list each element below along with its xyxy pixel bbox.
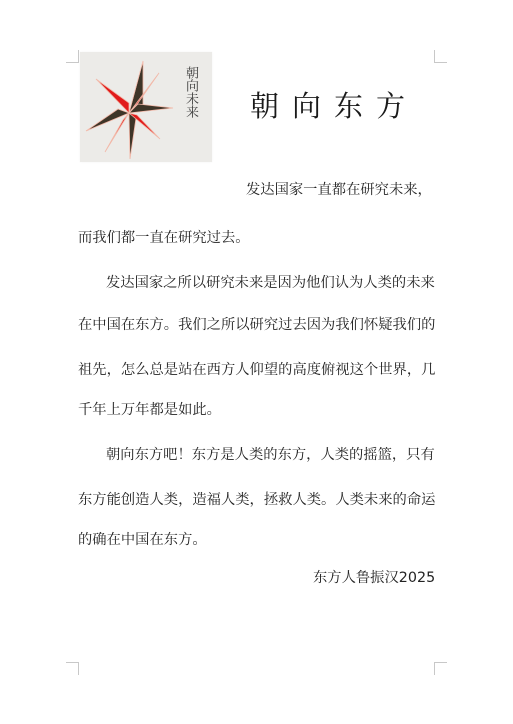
paragraph-1-line-2: 而我们都一直在研究过去。 <box>78 228 250 248</box>
margin-corner-mark-top-left <box>66 50 79 63</box>
paragraph-2-line-3: 祖先，怎么总是站在西方人仰望的高度俯视这个世界，几 <box>78 360 435 380</box>
paragraph-3-line-3: 的确在中国在东方。 <box>78 530 207 550</box>
paragraph-2-line-4: 千年上万年都是如此。 <box>78 400 221 420</box>
paragraph-3-line-1: 朝向东方吧！东方是人类的东方，人类的摇篮，只有 <box>106 445 435 465</box>
pinwheel-logo-image: 朝向未来 <box>80 52 212 162</box>
document-page: 朝向未来 朝向东方 发达国家一直都在研究未来， 而我们都一直在研究过去。 发达国… <box>0 0 513 724</box>
margin-corner-mark-bottom-left <box>66 662 79 675</box>
document-title: 朝向东方 <box>250 88 418 124</box>
paragraph-1-line-1: 发达国家一直都在研究未来， <box>246 180 432 200</box>
signature: 东方人鲁振汉2025 <box>313 568 435 588</box>
paragraph-2-line-1: 发达国家之所以研究未来是因为他们认为人类的未来 <box>106 273 435 293</box>
paragraph-2-line-2: 在中国在东方。我们之所以研究过去因为我们怀疑我们的 <box>78 315 435 335</box>
paragraph-3-line-2: 东方能创造人类，造福人类，拯救人类。人类未来的命运 <box>78 490 435 510</box>
margin-corner-mark-bottom-right <box>434 662 447 675</box>
margin-corner-mark-top-right <box>434 50 447 63</box>
logo-handwritten-text: 朝向未来 <box>181 66 199 118</box>
